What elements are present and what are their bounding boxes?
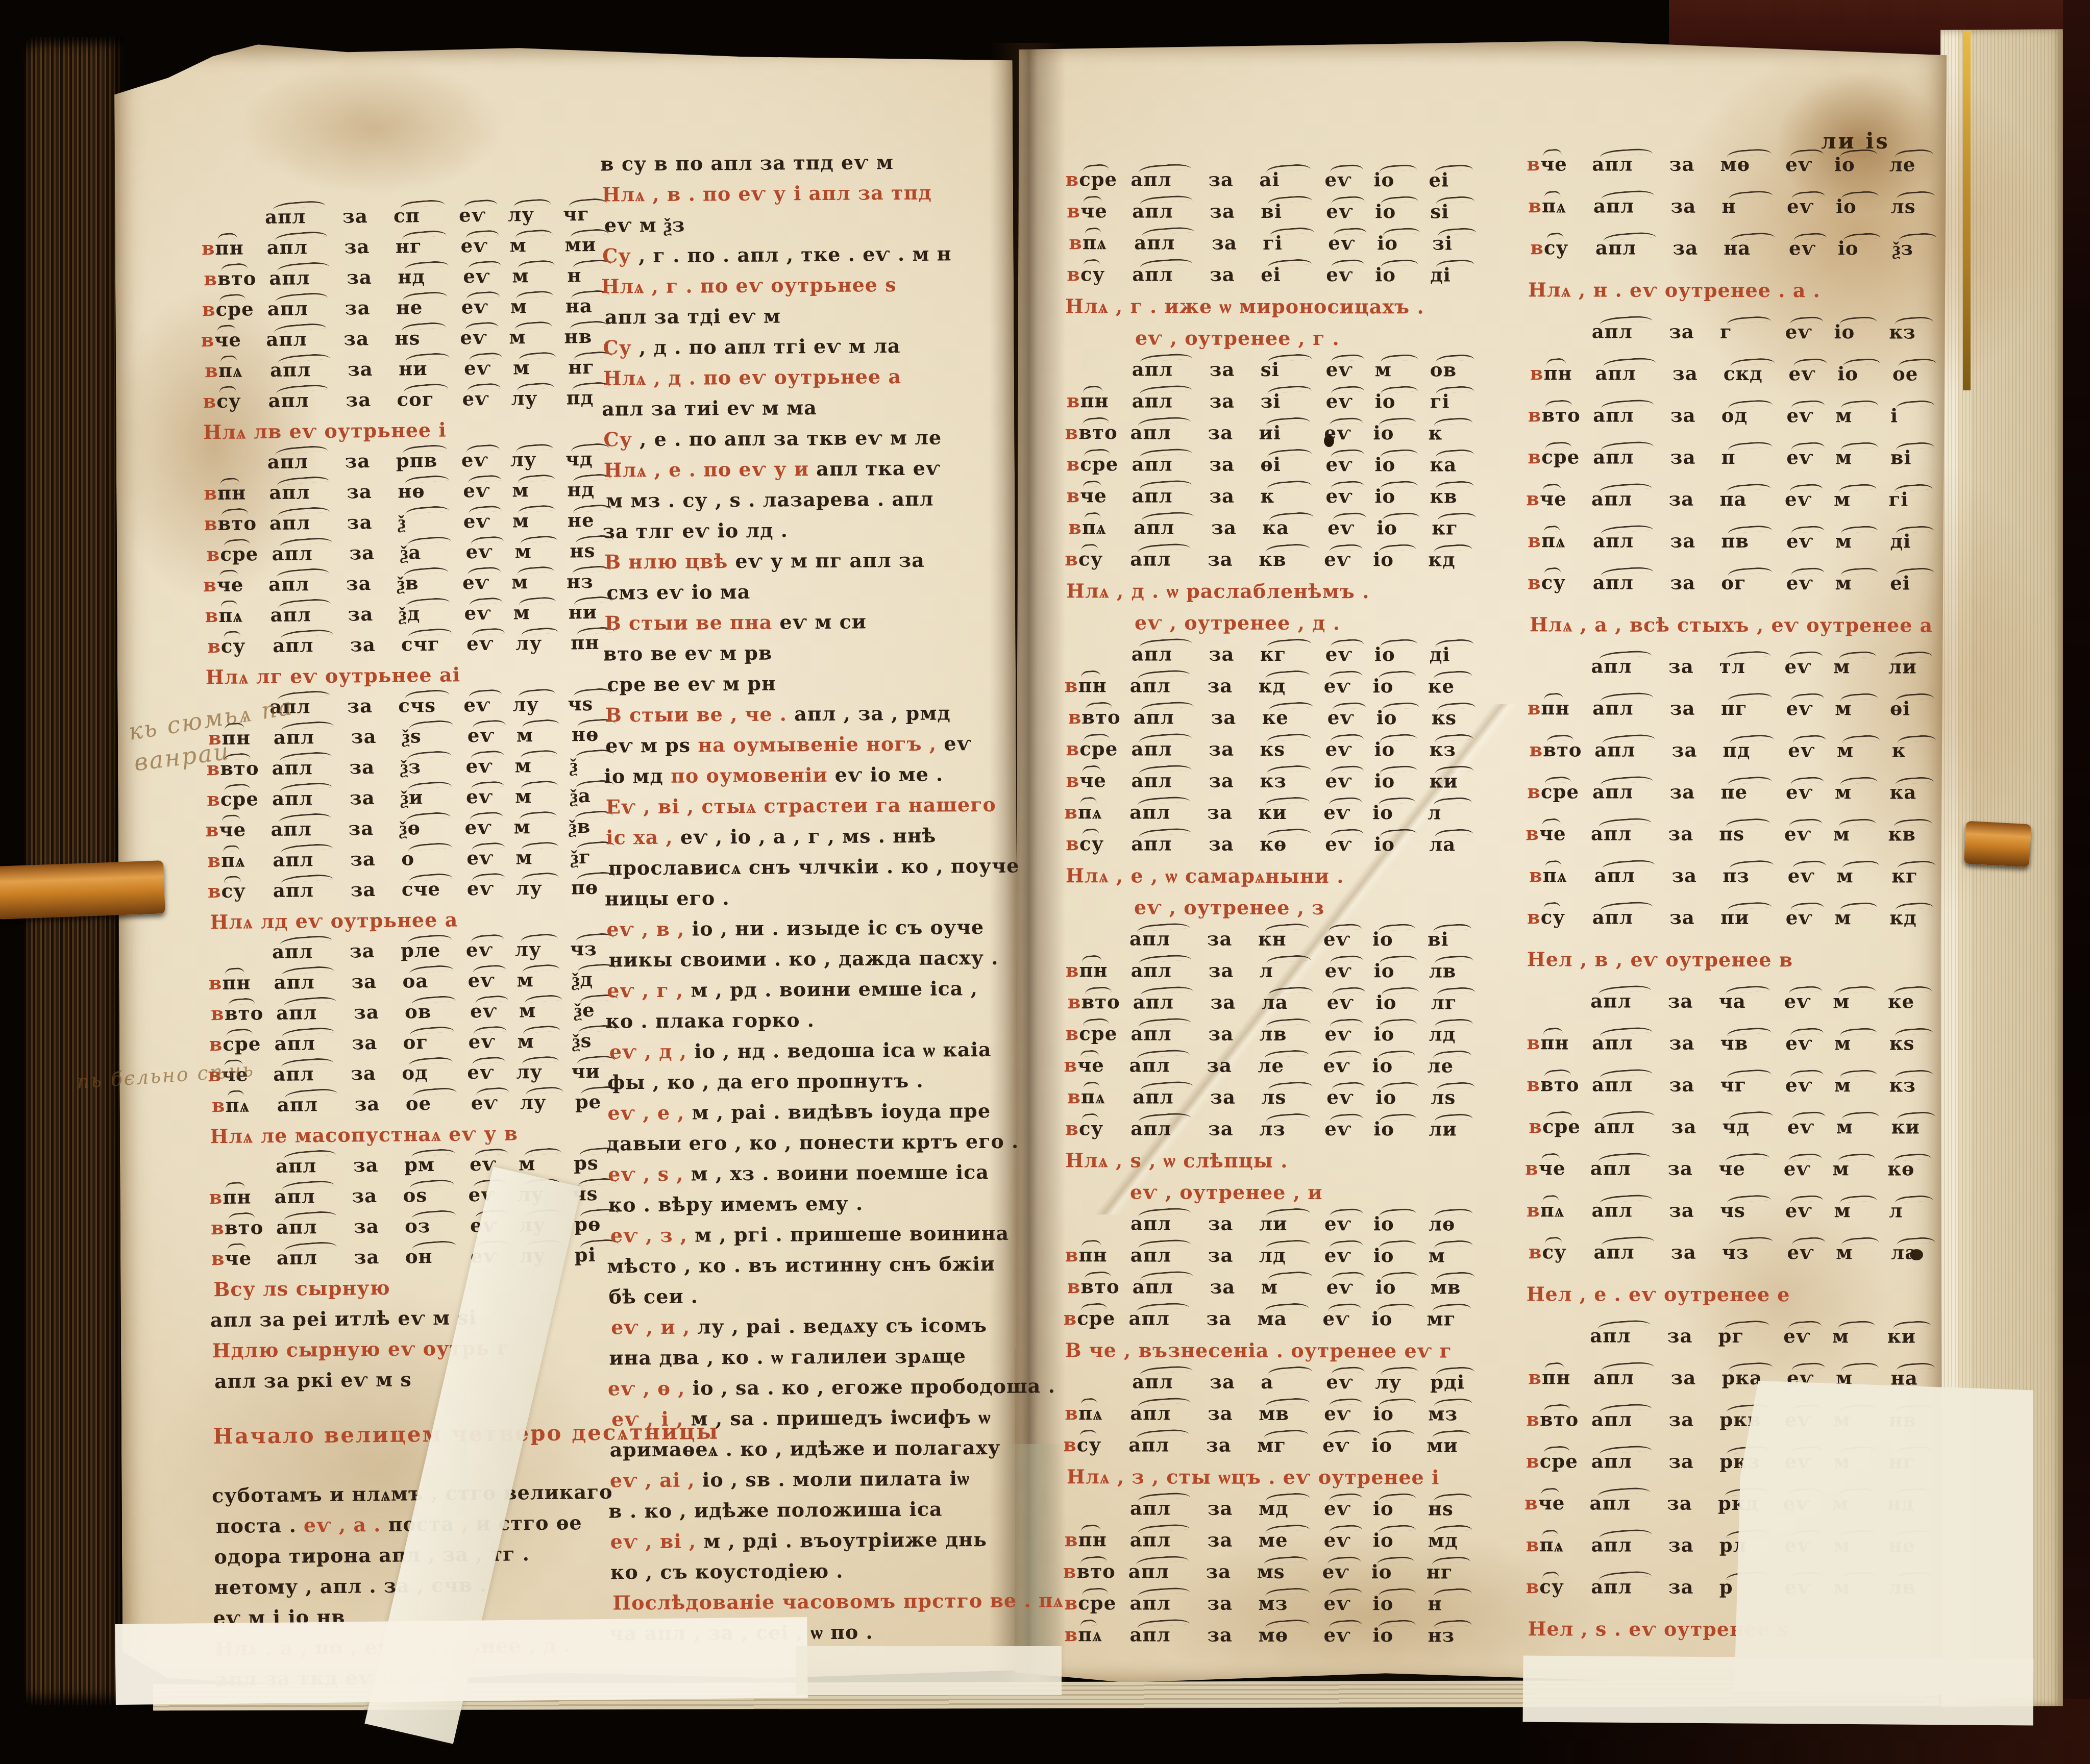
text-line: бѣ сеи . xyxy=(609,1282,1038,1315)
lection-row: всуаплзачзеѵмла xyxy=(1529,1240,1947,1283)
lection-row: вчеаплзамѳеѵіоле xyxy=(1527,153,1945,195)
lection-row: ввтоаплзапдеѵмк xyxy=(1529,738,1948,781)
text-line: ко , съ коустодіею . xyxy=(610,1558,1039,1591)
text-line: еѵ , ѳ , іо , ѕа . ко , егоже прободоша … xyxy=(608,1374,1037,1407)
lection-row: всреаплзамзеѵіон xyxy=(1065,1592,1519,1624)
text-line: фы , ко , да его пропнутъ . xyxy=(607,1068,1036,1101)
text-line: еѵ , в , іо , ни . изыде іс съ оуче xyxy=(606,915,1035,948)
text-line: іс ха , еѵ , іо , а , г , мѕ . ннѣ xyxy=(606,823,1035,856)
text-line: Су , д . по апл тгі еѵ м ла xyxy=(603,333,1031,366)
lection-row: всреаплзамаеѵіомг xyxy=(1064,1307,1518,1339)
lection-row: впнаплзакдеѵіоке xyxy=(1065,674,1519,707)
text-line: давыи его , ко , понести кртъ его . xyxy=(606,1129,1035,1162)
text-line: в . ко , идѣже положиша іса xyxy=(608,1497,1037,1530)
lection-row: всуаплзалзеѵіоли xyxy=(1065,1117,1519,1150)
text-line: Нлѧ , г . по еѵ оутрьнее ѕ xyxy=(601,272,1029,305)
text-line: апл за тді еѵ м xyxy=(605,303,1034,336)
lection-row: всуаплзаквеѵіокд xyxy=(1065,548,1519,580)
lection-row: всуаплзакѳеѵіола xyxy=(1066,832,1520,865)
text-line: ко . плака горко . xyxy=(605,1007,1034,1040)
text-line: Су , е . по апл за ткв еѵ м ле xyxy=(603,425,1032,458)
text-line: вто ве еѵ м рв xyxy=(603,639,1032,673)
left-page-text-column: в су в по апл за тпд еѵ мНлѧ , в . по еѵ… xyxy=(602,150,1040,1652)
lection-row: ввтоаплзаиіеѵіок xyxy=(1065,421,1519,454)
text-line: прослависѧ снъ члчкіи . ко , поуче xyxy=(608,854,1037,887)
repair-patch-bottom-left xyxy=(115,1617,808,1705)
lection-row: ввтоаплзачгеѵмкз xyxy=(1527,1073,1945,1115)
lection-row: всуаплзанаеѵіоѯз xyxy=(1530,236,1949,279)
text-line: еѵ м рѕ на оумывеніе ногъ , еѵ xyxy=(605,731,1034,764)
text-line: апл за тиі еѵ м ма xyxy=(602,394,1030,428)
section-header: В че , възнесеніа . оутренее еѵ г xyxy=(1065,1338,1519,1371)
text-line: Нлѧ , е . по еѵ у и апл тка еѵ xyxy=(604,456,1032,489)
text-line: ко . вѣру имемъ ему . xyxy=(608,1190,1037,1224)
lection-row: всуаплзасчееѵлупѳ xyxy=(208,876,657,910)
text-line: м мз . су , ѕ . лазарева . апл xyxy=(606,486,1035,519)
lection-row: всреаплзапеѵмві xyxy=(1528,445,1946,488)
lection-row: вчеаплзавіеѵіоѕі xyxy=(1067,200,1521,232)
section-header: Нлѧ , г . иже ѡ мироносицахъ . xyxy=(1065,294,1519,327)
section-header: Всу лѕ сырную xyxy=(213,1274,663,1308)
lection-row: впѧаплзачѕеѵмл xyxy=(1527,1199,1945,1241)
repair-patch-bottom-center xyxy=(796,1646,1062,1695)
lection-row: впнаплзапгеѵмѳі xyxy=(1528,697,1946,739)
text-line: еѵ , і , м , ѕа . пришедъ іѡсифъ ѡ xyxy=(611,1405,1040,1438)
repair-patch-bottom-right xyxy=(1734,1381,2033,1697)
lection-row: аплзакнеѵіові xyxy=(1064,927,1518,960)
lection-row: впнаплзалеѵіолв xyxy=(1066,959,1520,991)
lection-row: вчеаплзапаеѵмгі xyxy=(1526,487,1945,530)
text-line: іо мд по оумовеніи еѵ іо ме . xyxy=(604,762,1032,795)
right-page-table-column-1: всреаплзааіеѵіоеівчеаплзавіеѵіоѕівпѧаплз… xyxy=(1064,168,1521,1656)
text-line: еѵ , аі , іо , ѕв . моли пилата іѡ xyxy=(610,1466,1039,1499)
lection-row: вчеаплзалееѵіоле xyxy=(1064,1054,1518,1086)
repair-patch-bottom-strip xyxy=(1523,1656,2034,1726)
lection-row: всреаплзааіеѵіоеі xyxy=(1065,168,1519,201)
section-header: Нлѧ , н . еѵ оутренее . а . xyxy=(1528,278,1947,320)
lection-row: всуаплзаогеѵмеі xyxy=(1528,571,1946,613)
lection-row: аплзалиеѵіолѳ xyxy=(1065,1212,1519,1245)
lection-row: впѧаплзанеѵіолѕ xyxy=(1528,194,1947,237)
lection-row: всуаплзасчгеѵлупн xyxy=(207,631,657,665)
lection-row: впѧаплзапвеѵмді xyxy=(1528,529,1946,572)
text-line: никы своими . ко , дажда пасху . xyxy=(609,946,1038,979)
text-line: Нлѧ , в . по еѵ у і апл за тпд xyxy=(602,180,1030,213)
text-line: апл за ркі еѵ м ѕ xyxy=(214,1365,664,1400)
book-photograph: аплзаспеѵлучгвпнаплзангеѵммиввтоаплзанде… xyxy=(0,0,2090,1764)
lection-row: всуаплзапиеѵмкд xyxy=(1527,906,1946,948)
lection-row: аплзамдеѵіонѕ xyxy=(1065,1497,1519,1529)
text-line: в су в по апл за тпд еѵ м xyxy=(600,150,1029,183)
lection-row: всреаплзапееѵмка xyxy=(1527,780,1946,823)
section-header: Нлѧ , а , всѣ стыхъ , еѵ оутренее а xyxy=(1530,613,1948,655)
text-line: В нлю цвѣ еѵ у м пг апл за xyxy=(604,548,1033,581)
text-line: Нлѧ , д . по еѵ оутрьнее а xyxy=(603,364,1032,397)
lection-row: всуаплзамгеѵіоми xyxy=(1063,1433,1517,1466)
lection-row: вчеаплзачееѵмкѳ xyxy=(1525,1157,1944,1199)
lection-row: впнаплзалдеѵіом xyxy=(1065,1244,1519,1276)
lection-row: аплзатлеѵмли xyxy=(1526,655,1945,697)
text-line: В стыи ве , че . апл , за , рмд xyxy=(605,701,1034,734)
lection-row: впѧаплзаоееѵлуре xyxy=(212,1090,661,1125)
section-header: Нлѧ , д . ѡ раслабленѣмъ . xyxy=(1066,579,1520,612)
lection-row: ввтоаплзамѕеѵіонг xyxy=(1063,1560,1517,1593)
text-line: мѣсто , ко . въ истинну снъ бжіи xyxy=(607,1252,1036,1285)
section-header: Нлѧ , ѕ , ѡ слѣпцы . xyxy=(1065,1149,1519,1181)
section-header: Нлѧ , е , ѡ самарѧныни . xyxy=(1066,864,1520,897)
lection-row: впѧаплзапзеѵмкг xyxy=(1529,864,1948,906)
lection-row: аплзагеѵіокз xyxy=(1527,320,1945,362)
text-line: апл за реі итлѣ еѵ м ѕі xyxy=(210,1304,660,1339)
text-line: еѵ , е , м , раі . видѣвъ іоуда пре xyxy=(607,1099,1036,1132)
section-header: Нел , в , еѵ оутренее в xyxy=(1527,948,1946,990)
text-line: аримаѳеѧ . ко , идѣже и полагаху xyxy=(609,1435,1038,1469)
section-header: Ндлю сырную еѵ оутрь г xyxy=(212,1335,661,1370)
lection-row: аплзачаеѵмке xyxy=(1526,989,1944,1032)
section-header: еѵ , оутренее , и xyxy=(1064,1180,1518,1213)
section-header: Нел , е . еѵ оутренее е xyxy=(1527,1282,1945,1325)
text-line: еѵ , ѕ , м , хз . воини поемше іса xyxy=(608,1160,1037,1193)
lection-row: впѧаплзамѳеѵіонз xyxy=(1064,1623,1518,1656)
lection-row: всреаплзаѳіеѵіока xyxy=(1066,453,1520,485)
text-line: сре ве еѵ м рн xyxy=(607,670,1036,703)
text-line: еѵ м ѯз xyxy=(604,211,1033,244)
lection-row: впнаплзаскдеѵіоое xyxy=(1530,362,1949,404)
lection-row: аплзаѕіеѵмов xyxy=(1067,358,1521,390)
text-line: еѵ , и , лу , раі . ведѧху съ ісомъ xyxy=(611,1313,1040,1346)
lection-row: всуаплзаеіеѵіоді xyxy=(1067,263,1521,295)
text-line: смз еѵ іо ма xyxy=(606,578,1035,611)
text-line: ницы его . xyxy=(605,884,1034,917)
lection-row: ввтоаплзаодеѵмі xyxy=(1528,404,1947,446)
leather-cover-right-edge xyxy=(2063,0,2090,1764)
lection-row: впнаплзачвеѵмкѕ xyxy=(1527,1031,1945,1074)
text-line: еѵ , ві , м , рді . въоутріиже днь xyxy=(610,1527,1039,1560)
wooden-peg-right xyxy=(1964,821,2031,867)
text-line: ина два , ко . ѡ галилеи зрѧще xyxy=(609,1344,1038,1377)
lection-row: впѧаплзакиеѵіол xyxy=(1064,801,1518,833)
text-line: Еѵ , ві , стыѧ страстеи га нашего xyxy=(606,792,1035,826)
text-line: еѵ , г , м , рд . воини емше іса , xyxy=(607,976,1036,1009)
text-line: еѵ , д , іо , нд . ведоша іса ѡ каіа xyxy=(609,1037,1038,1071)
lection-row: всреаплзакѕеѵіокз xyxy=(1066,737,1520,770)
lection-row: вчеаплзакеѵіокв xyxy=(1066,484,1520,517)
text-line: еѵ , з , м , ргі . пришеше воинина xyxy=(610,1221,1039,1254)
folio-number: ли іѕ xyxy=(1821,129,1890,154)
lection-row: вчеаплзапѕеѵмкв xyxy=(1526,822,1944,864)
lection-row: вчеаплзаонеѵлурі xyxy=(211,1243,661,1278)
wooden-peg-left xyxy=(0,860,165,919)
lection-row: всуаплзасогеѵлупд xyxy=(203,386,652,420)
text-line: за тлг еѵ іо лд . xyxy=(602,517,1031,550)
text-line: В стыи ве пна еѵ м си xyxy=(605,609,1034,642)
text-line: Су , г . по . апл , тке . еѵ . м н xyxy=(602,241,1031,275)
lection-row: всреаплзачдеѵмки xyxy=(1529,1115,1947,1157)
lection-row: аплзаргеѵмки xyxy=(1525,1324,1943,1367)
text-line: Послѣдованіе часовомъ прстго ве . пѧ xyxy=(612,1588,1041,1622)
stain xyxy=(240,61,505,194)
